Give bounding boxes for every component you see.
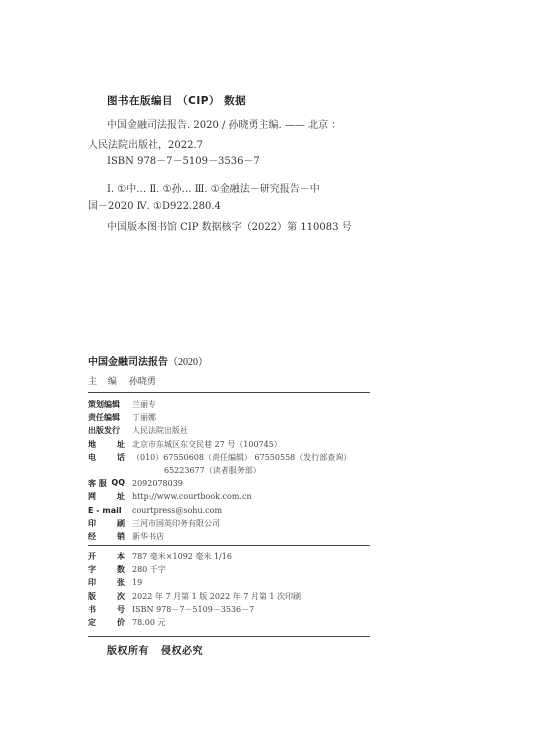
book-title-year: （2020） bbox=[168, 357, 208, 368]
field-label: 定价 bbox=[88, 617, 132, 628]
field-label: E - mail bbox=[88, 506, 132, 515]
field-label-part: 地 bbox=[88, 439, 96, 450]
cip-classification-line-2: 国－2020 Ⅳ. ①D922.280.4 bbox=[88, 197, 221, 212]
publishing-info-row: 网址http://www.courtbook.com.cn bbox=[88, 490, 351, 503]
field-label: 客 服QQ bbox=[88, 478, 132, 489]
divider-bottom bbox=[88, 636, 370, 637]
book-title-text: 中国金融司法报告 bbox=[88, 357, 168, 368]
field-label-part: 客 服 bbox=[88, 478, 107, 489]
field-label: 策划编辑 bbox=[88, 399, 132, 410]
field-value: 新华书店 bbox=[132, 531, 164, 542]
field-label-part: 字 bbox=[88, 564, 96, 575]
field-label-part: 印 bbox=[88, 577, 96, 588]
field-label-part: QQ bbox=[111, 478, 125, 489]
field-label-part: 策划编辑 bbox=[88, 399, 120, 410]
field-value: 19 bbox=[132, 578, 142, 587]
editor-label: 主 编 bbox=[88, 374, 126, 387]
field-label-part: 址 bbox=[117, 491, 125, 502]
field-label-part: 本 bbox=[117, 551, 125, 562]
field-label-part: 话 bbox=[117, 452, 125, 463]
infringement-notice: 侵权必究 bbox=[161, 646, 203, 657]
spec-row: 字数280 千字 bbox=[88, 563, 301, 576]
field-label: 印张 bbox=[88, 577, 132, 588]
field-label: 出版发行 bbox=[88, 425, 132, 436]
spec-row: 定价78.00 元 bbox=[88, 616, 301, 629]
field-label-part: 次 bbox=[117, 591, 125, 602]
field-label-part: 定 bbox=[88, 617, 96, 628]
spec-row: 书号ISBN 978－7－5109－3536－7 bbox=[88, 603, 301, 616]
field-value: 2022 年 7 月第 1 版 2022 年 7 月第 1 次印刷 bbox=[132, 591, 301, 602]
field-label-part: 刷 bbox=[117, 518, 125, 529]
publishing-info-row: 65223677（读者服务部） bbox=[88, 464, 351, 477]
field-label-part: 销 bbox=[117, 531, 125, 542]
cip-heading: 图书在版编目 （CIP） 数据 bbox=[107, 93, 246, 108]
field-value: 丁丽娜 bbox=[132, 412, 156, 423]
field-value: 兰丽专 bbox=[132, 399, 156, 410]
publishing-info-row: 出版发行人民法院出版社 bbox=[88, 424, 351, 437]
publishing-info-row: E - mailcourtpress@sohu.com bbox=[88, 504, 351, 517]
cip-record-number: 中国版本图书馆 CIP 数据核字（2022）第 110083 号 bbox=[107, 218, 352, 233]
field-label: 书号 bbox=[88, 604, 132, 615]
field-label: 开本 bbox=[88, 551, 132, 562]
field-label-part: 址 bbox=[117, 439, 125, 450]
field-label-part: 出版发行 bbox=[88, 425, 120, 436]
field-value: http://www.courtbook.com.cn bbox=[132, 492, 252, 501]
field-label: 责任编辑 bbox=[88, 412, 132, 423]
publishing-info-table: 策划编辑兰丽专责任编辑丁丽娜出版发行人民法院出版社地址北京市东城区东交民巷 27… bbox=[88, 398, 351, 543]
cip-classification-line-1: Ⅰ. ①中… Ⅱ. ①孙… Ⅲ. ①金融法－研究报告－中 bbox=[107, 180, 320, 195]
field-value: （010）67550608（责任编辑） 67550558（发行部查询） bbox=[132, 452, 351, 463]
field-label-part: 电 bbox=[88, 452, 96, 463]
field-label-part: 数 bbox=[117, 564, 125, 575]
publishing-info-row: 电话（010）67550608（责任编辑） 67550558（发行部查询） bbox=[88, 451, 351, 464]
field-label-part: 价 bbox=[117, 617, 125, 628]
field-label-part: 责任编辑 bbox=[88, 412, 120, 423]
rights-reserved: 版权所有 bbox=[107, 646, 149, 657]
field-value: 人民法院出版社 bbox=[132, 425, 188, 436]
field-label-part: 版 bbox=[88, 591, 96, 602]
cip-isbn: ISBN 978－7－5109－3536－7 bbox=[107, 152, 260, 167]
field-label: 电话 bbox=[88, 452, 132, 463]
field-label-part: 开 bbox=[88, 551, 96, 562]
field-label: 版次 bbox=[88, 591, 132, 602]
field-label-part: 经 bbox=[88, 531, 96, 542]
field-label-part: 网 bbox=[88, 491, 96, 502]
cip-entry-line-1: 中国金融司法报告. 2020 / 孙晓勇主编. —— 北京 ： bbox=[107, 116, 341, 131]
divider-middle bbox=[88, 545, 370, 546]
divider-top bbox=[88, 392, 370, 393]
spec-row: 开本787 毫米×1092 毫米 1/16 bbox=[88, 550, 301, 563]
field-label: 经销 bbox=[88, 531, 132, 542]
field-value: 78.00 元 bbox=[132, 617, 165, 628]
publishing-info-row: 策划编辑兰丽专 bbox=[88, 398, 351, 411]
field-label: 地址 bbox=[88, 439, 132, 450]
field-label-part: 号 bbox=[117, 604, 125, 615]
editor-name: 孙晓勇 bbox=[129, 377, 156, 387]
field-value: ISBN 978－7－5109－3536－7 bbox=[132, 604, 254, 615]
field-label: 网址 bbox=[88, 491, 132, 502]
field-label-part: 张 bbox=[117, 577, 125, 588]
book-title: 中国金融司法报告（2020） bbox=[88, 353, 208, 368]
publishing-info-row: 印刷三河市国英印务有限公司 bbox=[88, 517, 351, 530]
field-label: 印刷 bbox=[88, 518, 132, 529]
field-label: 字数 bbox=[88, 564, 132, 575]
publishing-info-row: 经销新华书店 bbox=[88, 530, 351, 543]
field-value: 北京市东城区东交民巷 27 号（100745） bbox=[132, 439, 282, 450]
field-value: 280 千字 bbox=[132, 564, 166, 575]
spec-row: 版次2022 年 7 月第 1 版 2022 年 7 月第 1 次印刷 bbox=[88, 590, 301, 603]
cip-entry-line-2: 人民法院出版社，2022.7 bbox=[88, 136, 203, 151]
spec-row: 印张19 bbox=[88, 576, 301, 589]
book-editor: 主 编 孙晓勇 bbox=[88, 374, 156, 387]
rights-notice: 版权所有侵权必究 bbox=[107, 642, 203, 657]
field-value: 2092078039 bbox=[132, 479, 183, 488]
field-label-part: 印 bbox=[88, 518, 96, 529]
publishing-info-row: 客 服QQ2092078039 bbox=[88, 477, 351, 490]
field-value: courtpress@sohu.com bbox=[132, 506, 222, 515]
publishing-info-row: 地址北京市东城区东交民巷 27 号（100745） bbox=[88, 438, 351, 451]
field-value: 787 毫米×1092 毫米 1/16 bbox=[132, 551, 232, 562]
specs-table: 开本787 毫米×1092 毫米 1/16字数280 千字印张19版次2022 … bbox=[88, 550, 301, 629]
field-label-part: E - mail bbox=[88, 506, 122, 515]
field-label-part: 书 bbox=[88, 604, 96, 615]
field-value: 65223677（读者服务部） bbox=[132, 465, 261, 476]
publishing-info-row: 责任编辑丁丽娜 bbox=[88, 411, 351, 424]
field-value: 三河市国英印务有限公司 bbox=[132, 518, 220, 529]
